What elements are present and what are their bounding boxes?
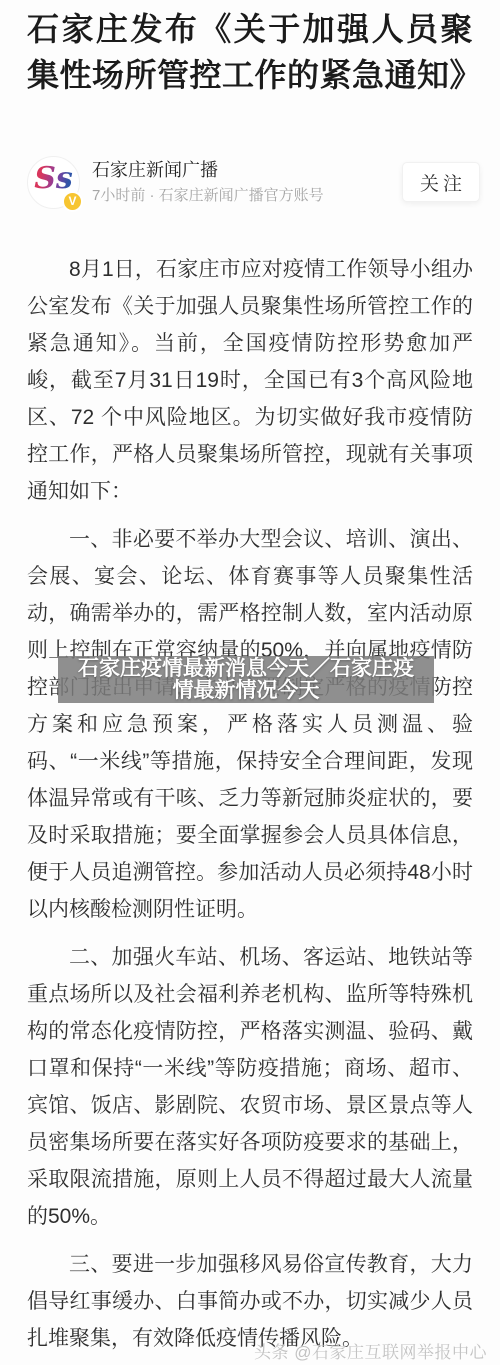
follow-button[interactable]: 关注 [402,162,480,202]
footer-watermark: 头条 @石家庄互联网举报中心 [254,1338,487,1363]
publisher-row: Ss V 石家庄新闻广播 7小时前 · 石家庄新闻广播官方账号 关注 [27,153,480,211]
publisher-texts: 石家庄新闻广播 7小时前 · 石家庄新闻广播官方账号 [92,158,402,206]
article-paragraph: 一、非必要不举办大型会议、培训、演出、会展、宴会、论坛、体育赛事等人员聚集性活动… [27,521,473,928]
publisher-meta: 7小时前 · 石家庄新闻广播官方账号 [92,186,402,206]
article-paragraph: 8月1日，石家庄市应对疫情工作领导小组办公室发布《关于加强人员聚集性场所管控工作… [27,251,473,510]
verified-badge-icon: V [62,191,83,212]
article-page: 石家庄发布《关于加强人员聚集性场所管控工作的紧急通知》 Ss V 石家庄新闻广播… [0,0,500,1365]
publisher-name[interactable]: 石家庄新闻广播 [92,158,402,182]
watermark-overlay-band: 石家庄疫情最新消息今天／石家庄疫情最新情况今天 [58,656,434,703]
article-paragraph: 二、加强火车站、机场、客运站、地铁站等重点场所以及社会福利养老机构、监所等特殊机… [27,939,473,1235]
article-body: 8月1日，石家庄市应对疫情工作领导小组办公室发布《关于加强人员聚集性场所管控工作… [27,251,473,1365]
watermark-overlay-text: 石家庄疫情最新消息今天／石家庄疫情最新情况今天 [58,658,434,702]
publisher-avatar[interactable]: Ss V [27,156,80,209]
publisher-logo-icon: Ss [34,164,73,194]
article-title: 石家庄发布《关于加强人员聚集性场所管控工作的紧急通知》 [0,0,500,98]
